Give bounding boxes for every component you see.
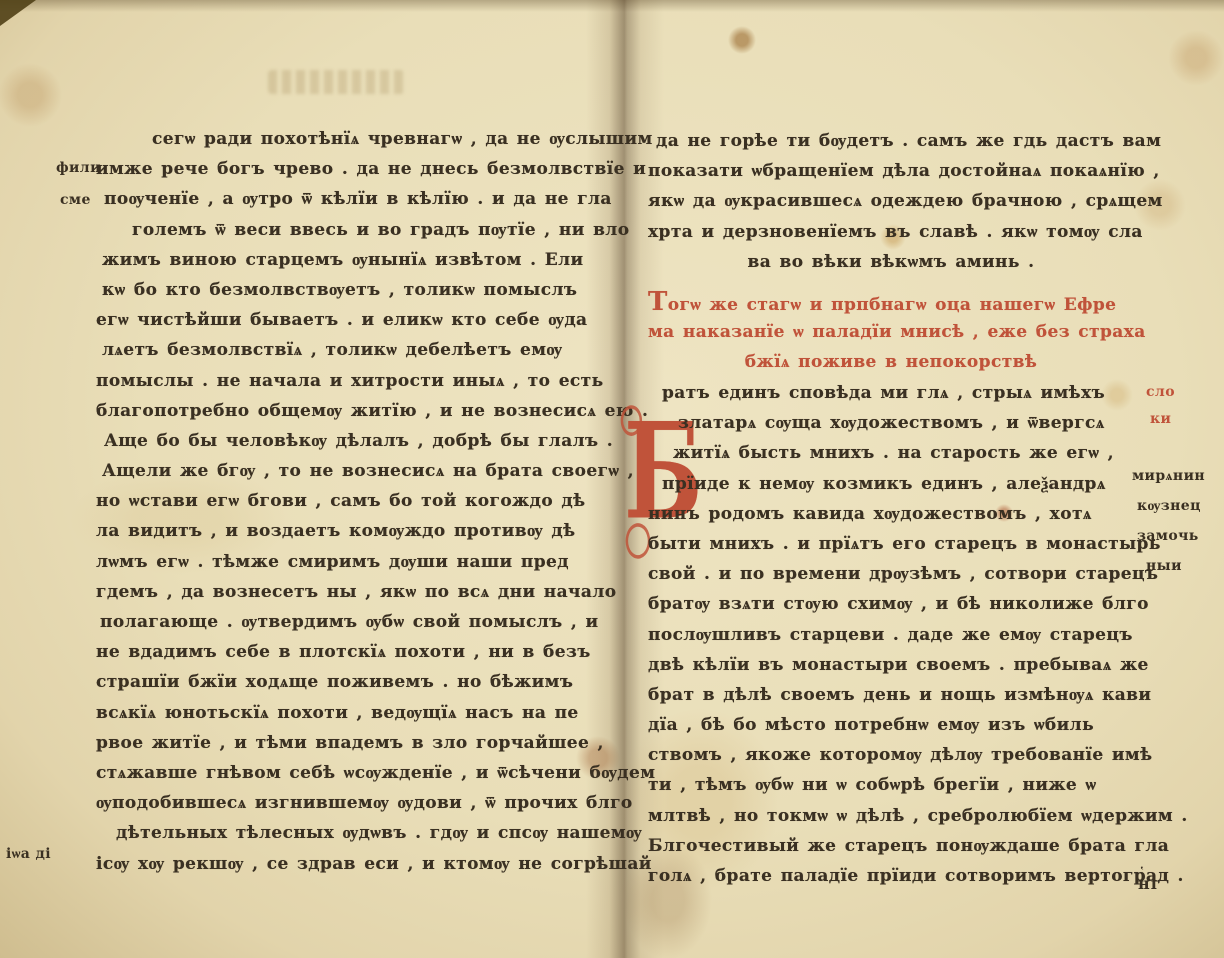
text-line: Аще бо бы человѣкѹ дѣлалъ , добрѣ бы гла… — [96, 426, 608, 456]
text-line: страшїи бжїи ходѧще поживемъ . но бѣжимъ — [96, 667, 608, 697]
text-line: полагающе . ѹтвердимъ ѹбѡ свой помыслъ ,… — [96, 607, 608, 637]
text-line: якѡ да ѹкрасившесѧ одеждею брачною , срѧ… — [648, 186, 1134, 216]
text-line: ла видитъ , и воздаетъ комѹждо противѹ д… — [96, 516, 608, 546]
text-line: дѣтельных тѣлесных ѹдѡвъ . гдѹ и спсѹ на… — [96, 818, 608, 848]
text-line: да не горѣе ти бѹдетъ . самъ же гдь даст… — [648, 126, 1134, 156]
text-line: сегѡ ради похотѣнїѧ чревнагѡ , да не ѹсл… — [96, 124, 608, 154]
text-line: ѹподобившесѧ изгнившемѹ ѹдови , ѿ прочих… — [96, 788, 608, 818]
text-line: житїѧ бысть мнихъ . на старость же егѡ , — [648, 438, 1134, 468]
text-line: благопотребно общемѹ житїю , и не вознес… — [96, 396, 608, 426]
margin-note-homily-number: ки — [1150, 411, 1171, 427]
text-line: стѧжавше гнѣвом себѣ ѡсѹжденїе , и ѿсѣче… — [96, 758, 608, 788]
margin-note-sme: сме — [60, 192, 91, 208]
text-line: златарѧ сѹща хѹдожествомъ , и ѿвергсѧ — [648, 408, 1134, 438]
text-line: егѡ чистѣйши бываетъ . и еликѡ кто себе … — [96, 305, 608, 335]
text-line: братѹ взѧти стѹю схимѹ , и бѣ николиже б… — [648, 589, 1134, 619]
text-line: быти мнихъ . и прїѧтъ его старецъ в мона… — [648, 529, 1134, 559]
text-line: всѧкїѧ юнотьскїѧ похоти , ведѹщїѧ насъ н… — [96, 698, 608, 728]
text-line: голѧ , брате паладїе прїиди сотворимъ ве… — [648, 861, 1134, 891]
text-line: послѹшливъ старцеви . даде же емѹ старец… — [648, 620, 1134, 650]
margin-note-nyi: ныи — [1146, 558, 1182, 574]
text-line: двѣ кѣлїи въ монастыри своемъ . пребываѧ… — [648, 650, 1134, 680]
text-line: не вдадимъ себе в плотскїѧ похоти , ни в… — [96, 637, 608, 667]
book-spread: сегѡ ради похотѣнїѧ чревнагѡ , да не ѹсл… — [0, 0, 1224, 958]
text-line: нинъ родомъ кавида хѹдожествомъ , хотѧ — [648, 499, 1134, 529]
left-page-text-block: сегѡ ради похотѣнїѧ чревнагѡ , да не ѹсл… — [96, 124, 608, 879]
text-line: кѡ бо кто безмолвствѹетъ , толикѡ помысл… — [96, 275, 608, 305]
text-line: имже рече богъ чрево . да не днесь безмо… — [96, 154, 608, 184]
text-line: ма наказанїе ѡ паладїи мнисѣ , еже без с… — [648, 317, 1134, 347]
text-line: лѧетъ безмолвствїѧ , толикѡ дебелѣетъ ем… — [96, 335, 608, 365]
text-line: ратъ единъ сповѣда ми глѧ , стрыѧ имѣхъ — [648, 378, 1134, 408]
page-number: нг — [1138, 874, 1162, 893]
text-line: поѹченїе , а ѹтро ѿ кѣлїи в кѣлїю . и да… — [96, 184, 608, 214]
text-line: големъ ѿ веси ввесь и во градъ пѹтїе , н… — [96, 215, 608, 245]
text-line: бжїѧ поживе в непокорствѣ — [648, 347, 1134, 377]
show-through-text — [268, 70, 404, 94]
text-line: ти , тѣмъ ѹбѡ ни ѡ собѡрѣ брегїи , ниже … — [648, 770, 1134, 800]
text-line: гдемъ , да вознесетъ ны , якѡ по всѧ дни… — [96, 577, 608, 607]
margin-note-philippians-ref: фили — [56, 160, 101, 176]
text-line: Тогѡ же стагѡ и прпбнагѡ оца нашегѡ Ефре — [648, 287, 1134, 317]
photo-corner — [0, 0, 36, 26]
text-line: рвое житїе , и тѣми впадемъ в зло горчай… — [96, 728, 608, 758]
text-line: брат в дѣлѣ своемъ день и нощь измѣнѹѧ к… — [648, 680, 1134, 710]
text-line: ісѹ хѹ рекшѹ , се здрав еси , и ктомѹ не… — [96, 849, 608, 879]
margin-note-miryanin: мирѧнин — [1132, 468, 1205, 485]
text-line: Ащели же бгѹ , то не вознесисѧ на брата … — [96, 456, 608, 486]
text-line: ва во вѣки вѣкѡмъ аминь . — [648, 247, 1134, 277]
text-line: ствомъ , якоже которомѹ дѣлѹ требованїе … — [648, 740, 1134, 770]
text-line: лѡмъ егѡ . тѣмже смиримъ дѹши наши пред — [96, 547, 608, 577]
text-line: помыслы . не начала и хитрости иныѧ , то… — [96, 366, 608, 396]
text-line: дїа , бѣ бо мѣсто потребнѡ емѹ изъ ѡбиль — [648, 710, 1134, 740]
right-page-intro-block: да не горѣе ти бѹдетъ . самъ же гдь даст… — [648, 126, 1134, 277]
margin-note-zamoch: замочь — [1137, 528, 1199, 544]
margin-note-slovo: сло — [1146, 384, 1175, 400]
text-line: млтвѣ , но токмѡ ѡ дѣлѣ , сребролюбїем ѡ… — [648, 801, 1134, 831]
text-line: жимъ виною старцемъ ѹнынїѧ извѣтом . Ели — [96, 245, 608, 275]
right-page-rubric-heading: Тогѡ же стагѡ и прпбнагѡ оца нашегѡ Ефре… — [648, 287, 1134, 378]
text-line: показати ѡбращенїем дѣла достойнаѧ покаѧ… — [648, 156, 1134, 186]
text-line: Блгочестивый же старецъ понѹждаше брата … — [648, 831, 1134, 861]
text-line: хрта и дерзновенїемъ въ славѣ . якѡ томѹ… — [648, 217, 1134, 247]
text-line: прїиде к немѹ козмикъ единъ , алеѯандрѧ — [648, 469, 1134, 499]
text-line: но ѡстави егѡ бгови , самъ бо той когожд… — [96, 486, 608, 516]
margin-note-john-ref: іѡа ді — [6, 846, 51, 863]
right-page-body-block: ратъ единъ сповѣда ми глѧ , стрыѧ имѣхъз… — [648, 378, 1134, 891]
text-line: свой . и по времени дрѹзѣмъ , сотвори ст… — [648, 559, 1134, 589]
margin-note-kuznets: кѹзнец — [1137, 498, 1201, 515]
